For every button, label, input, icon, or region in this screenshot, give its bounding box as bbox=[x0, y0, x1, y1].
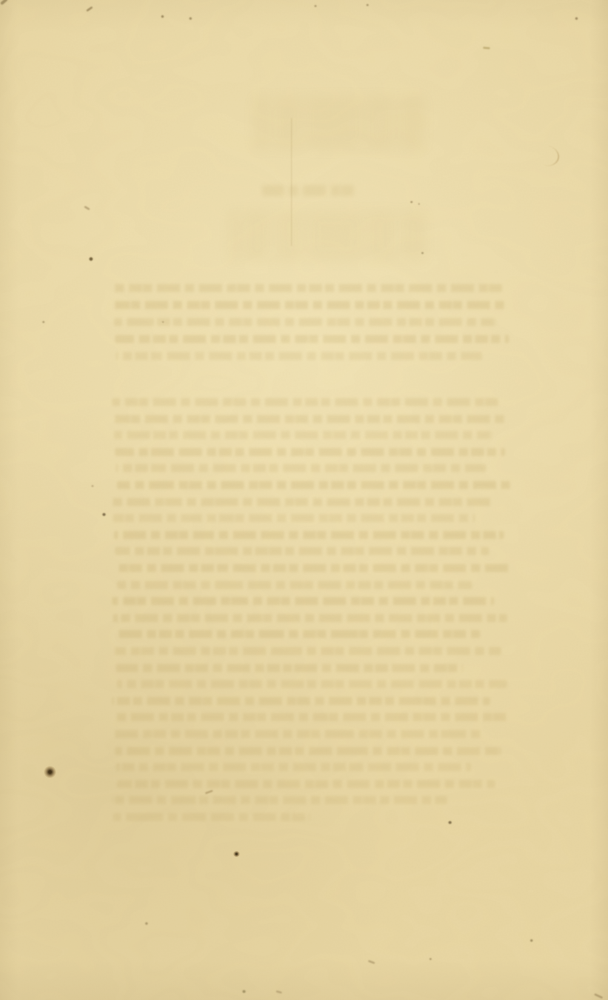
ghost-text-line bbox=[114, 431, 492, 439]
paper-speck bbox=[189, 17, 192, 20]
paper-speck bbox=[91, 485, 94, 487]
paper-speck bbox=[242, 990, 246, 993]
paper-speck bbox=[418, 203, 420, 205]
paper-fiber-speck bbox=[205, 790, 213, 795]
paper-speck bbox=[366, 4, 369, 6]
paper-fiber-speck bbox=[0, 0, 8, 5]
paper-speck bbox=[102, 513, 106, 516]
ghost-text-line bbox=[112, 796, 447, 804]
ghost-text-line bbox=[116, 464, 486, 472]
paper-speck bbox=[530, 939, 533, 942]
ghost-text-line bbox=[113, 514, 475, 522]
scanned-book-page bbox=[0, 0, 608, 1000]
paper-speck bbox=[421, 252, 424, 254]
ghost-text-line bbox=[114, 531, 504, 539]
ghost-text-line bbox=[114, 730, 484, 738]
ghost-text-line bbox=[115, 335, 509, 343]
paper-noise bbox=[0, 0, 608, 1000]
paper-fiber-speck bbox=[276, 990, 282, 993]
paper-fiber-speck bbox=[594, 993, 603, 999]
paper-fiber-speck bbox=[483, 47, 490, 50]
paper-fiber-curve bbox=[544, 146, 561, 168]
ghost-text-line bbox=[113, 713, 507, 721]
ghost-text-line bbox=[116, 564, 510, 572]
ghost-heading-line bbox=[262, 185, 354, 196]
paper-speck bbox=[145, 922, 148, 925]
ghost-text-line bbox=[116, 763, 471, 771]
ghost-text-line bbox=[116, 664, 463, 672]
bleedthrough-ghost-text bbox=[0, 0, 608, 1000]
ghost-text-line bbox=[112, 697, 490, 705]
paper-speck bbox=[89, 257, 93, 261]
paper-grain-texture bbox=[0, 0, 608, 1000]
ghost-text-line bbox=[115, 647, 501, 655]
ghost-text-line bbox=[116, 352, 482, 360]
ghost-text-line bbox=[115, 547, 489, 555]
ghost-text-line bbox=[112, 398, 498, 406]
ghost-text-line bbox=[113, 301, 507, 309]
paper-shading-overlay bbox=[0, 0, 608, 1000]
ghost-text-line bbox=[114, 318, 496, 326]
ghost-title-line bbox=[253, 96, 425, 150]
paper-speck bbox=[314, 5, 317, 7]
ghost-text-line bbox=[117, 481, 511, 489]
paper-speck bbox=[161, 15, 164, 18]
ghost-title-line bbox=[228, 210, 426, 262]
paper-speck bbox=[42, 321, 45, 323]
paper-speck bbox=[162, 321, 164, 323]
ghost-text-line bbox=[115, 747, 501, 755]
ghost-text-line bbox=[113, 415, 507, 423]
ink-blot-speck bbox=[44, 766, 56, 778]
ghost-text-line bbox=[112, 498, 494, 506]
paper-speck bbox=[448, 821, 452, 824]
ghost-text-line bbox=[113, 813, 310, 821]
ghost-text-line bbox=[117, 680, 507, 688]
ghost-text-line bbox=[114, 630, 480, 638]
paper-fiber-speck bbox=[84, 206, 90, 211]
ghost-text-line bbox=[117, 581, 472, 589]
ghost-text-line bbox=[115, 448, 505, 456]
paper-speck bbox=[575, 17, 578, 20]
ghost-text-line bbox=[117, 780, 495, 788]
paper-speck bbox=[429, 958, 432, 960]
paper-speck bbox=[410, 201, 413, 203]
ink-blot-speck bbox=[233, 851, 240, 857]
paper-mottling bbox=[0, 0, 608, 1000]
paper-fiber-speck bbox=[86, 6, 93, 12]
ghost-text-line bbox=[112, 284, 502, 292]
paper-crease-line bbox=[291, 118, 292, 246]
paper-fiber-speck bbox=[368, 960, 375, 964]
paper-specks bbox=[0, 0, 608, 1000]
ghost-text-line bbox=[112, 597, 494, 605]
ghost-text-line bbox=[113, 614, 507, 622]
